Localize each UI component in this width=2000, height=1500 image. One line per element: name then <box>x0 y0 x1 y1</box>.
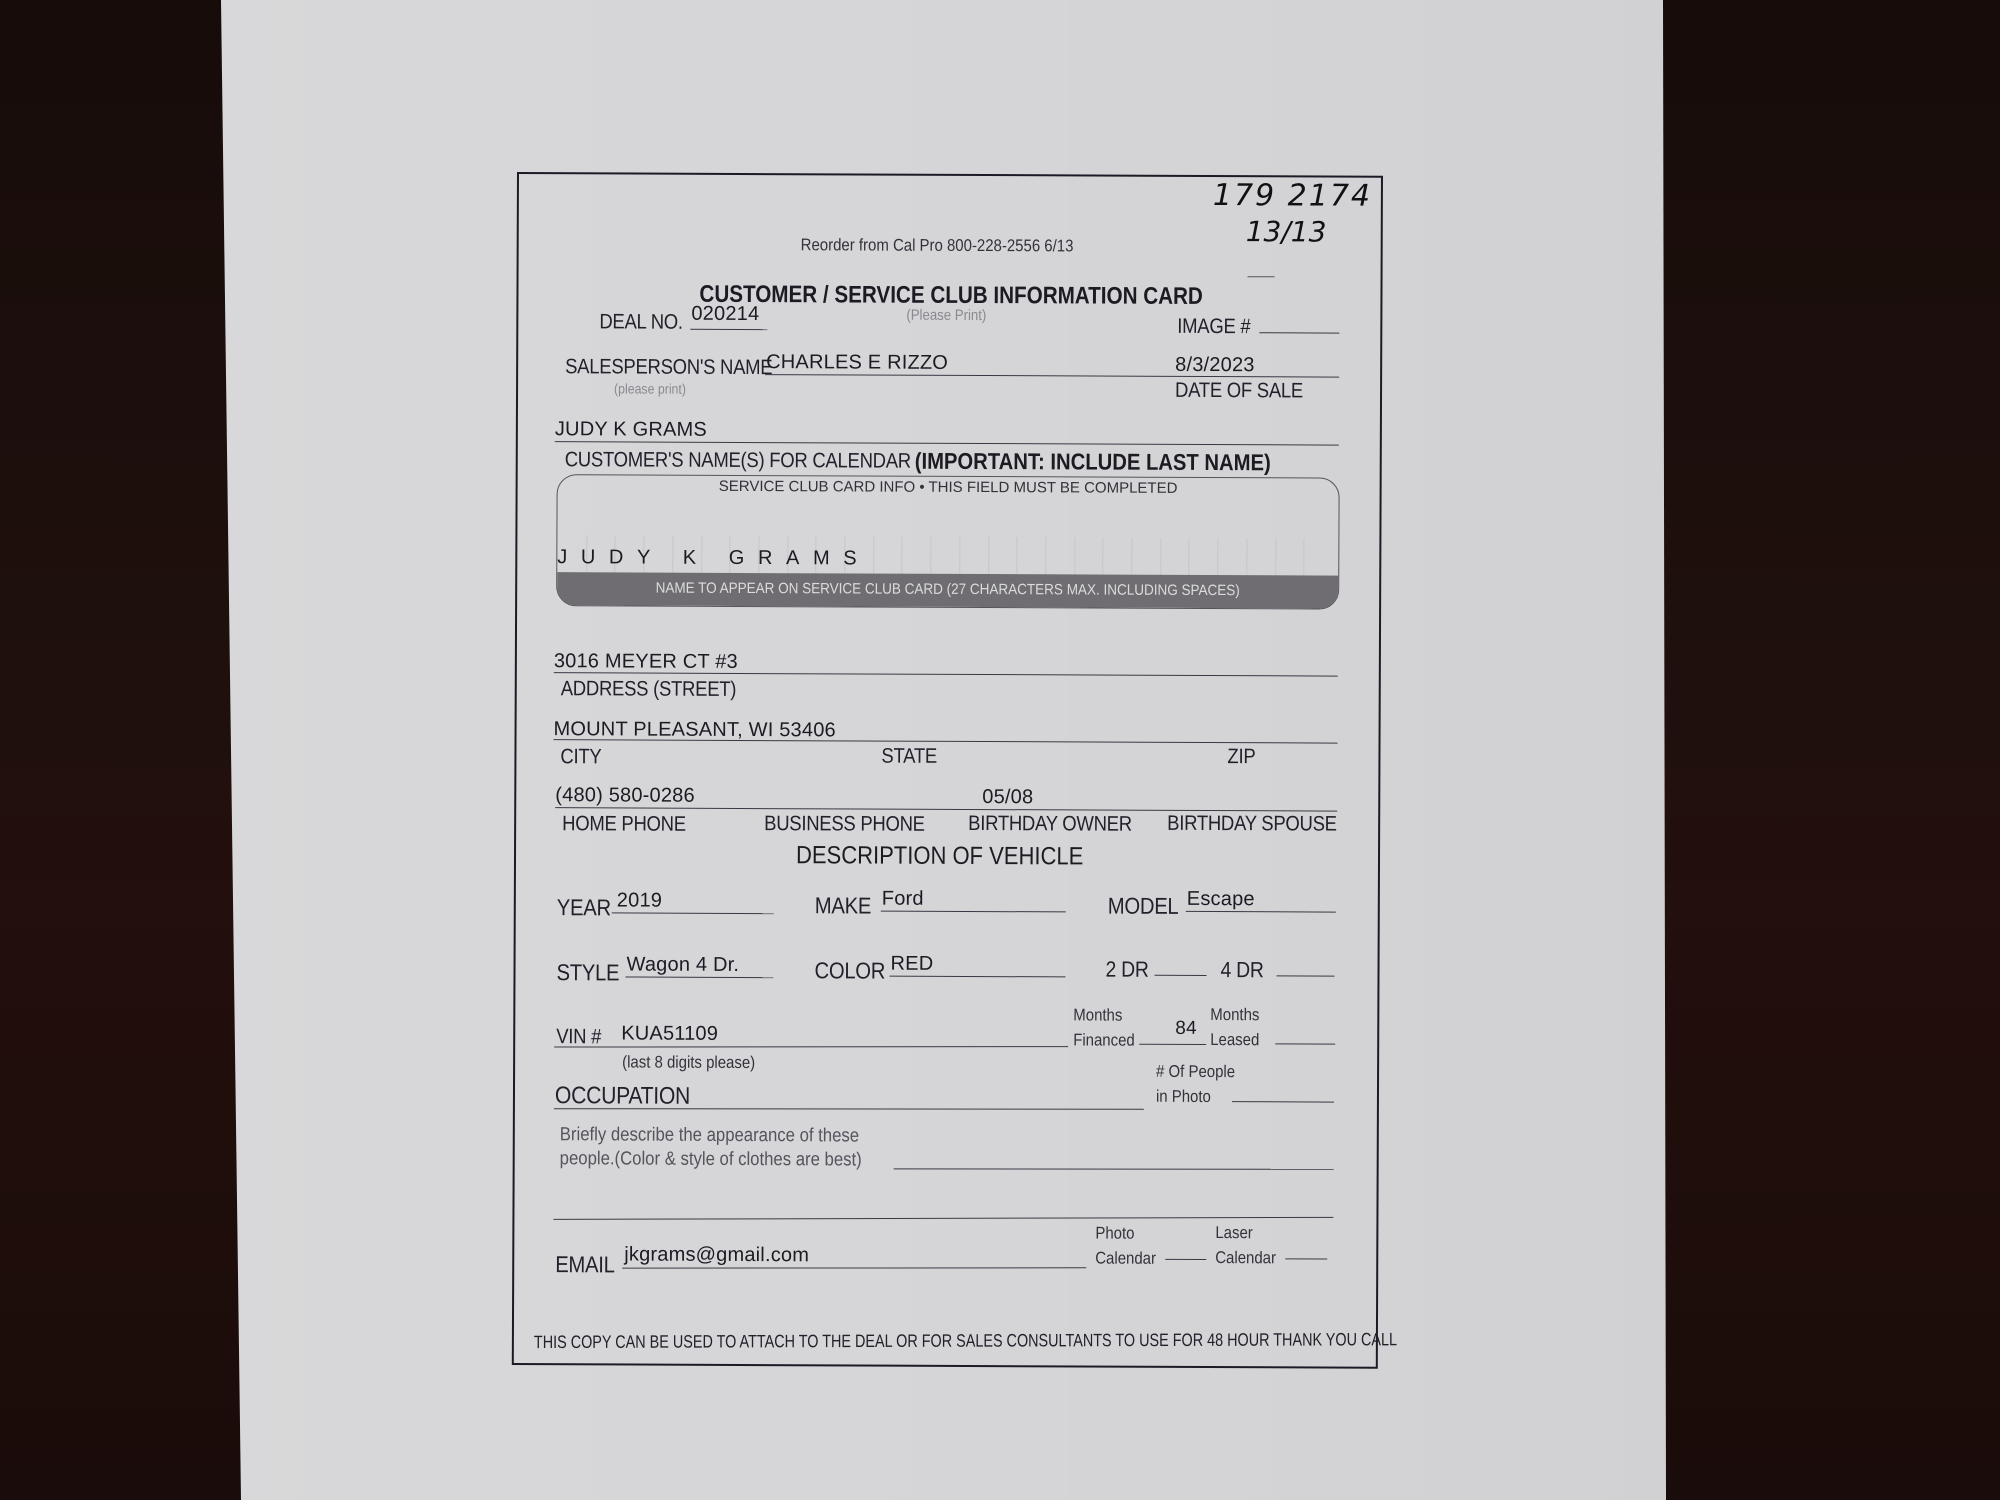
photo-calendar-label-top: Photo <box>1095 1224 1134 1244</box>
service-club-information-card: 179 2174 13/13 Reorder from Cal Pro 800-… <box>512 172 1383 1369</box>
two-door-label: 2 DR <box>1105 957 1148 983</box>
salesperson-label: SALESPERSON'S NAME <box>565 355 772 380</box>
service-club-card-box[interactable]: SERVICE CLUB CARD INFO • THIS FIELD MUST… <box>556 474 1340 609</box>
vin-value[interactable]: KUA51109 <box>621 1022 718 1045</box>
service-club-footer-band: NAME TO APPEAR ON SERVICE CLUB CARD (27 … <box>557 572 1338 608</box>
months-leased-label-bottom: Leased <box>1210 1030 1259 1050</box>
year-label: YEAR <box>557 894 611 921</box>
style-label: STYLE <box>556 959 619 986</box>
months-leased-label-top: Months <box>1210 1005 1259 1025</box>
city-label: CITY <box>560 745 601 769</box>
handwritten-note-fraction: 13/13 <box>1246 215 1327 248</box>
date-of-sale-value[interactable]: 8/3/2023 <box>1175 354 1255 377</box>
months-financed-label-top: Months <box>1073 1005 1122 1025</box>
model-value[interactable]: Escape <box>1187 888 1255 911</box>
vehicle-section-title: DESCRIPTION OF VEHICLE <box>796 841 1083 871</box>
salesperson-value[interactable]: CHARLES E RIZZO <box>766 351 948 375</box>
email-value[interactable]: jkgrams@gmail.com <box>624 1243 809 1267</box>
service-club-footer-text: NAME TO APPEAR ON SERVICE CLUB CARD (27 … <box>596 579 1299 599</box>
date-of-sale-label: DATE OF SALE <box>1175 379 1303 404</box>
form-footer: THIS COPY CAN BE USED TO ATTACH TO THE D… <box>534 1329 1397 1353</box>
email-label: EMAIL <box>555 1251 615 1278</box>
appearance-label-line1: Briefly describe the appearance of these <box>560 1124 859 1147</box>
appearance-label-line2: people.(Color & style of clothes are bes… <box>560 1148 862 1171</box>
vin-sublabel: (last 8 digits please) <box>622 1052 755 1073</box>
home-phone-label: HOME PHONE <box>562 812 686 837</box>
laser-calendar-field[interactable] <box>1285 1258 1327 1259</box>
birthday-spouse-label: BIRTHDAY SPOUSE <box>1167 812 1337 837</box>
make-value[interactable]: Ford <box>882 888 924 911</box>
model-label: MODEL <box>1108 893 1179 920</box>
style-value[interactable]: Wagon 4 Dr. <box>626 953 739 976</box>
laser-calendar-label-bottom: Calendar <box>1215 1248 1276 1268</box>
handwritten-dash <box>1248 276 1275 277</box>
handwritten-note-numbers: 179 2174 <box>1213 178 1372 214</box>
deal-no-value[interactable]: 020214 <box>691 303 759 326</box>
address-value[interactable]: 3016 MEYER CT #3 <box>554 650 738 674</box>
salesperson-sublabel: (please print) <box>614 380 686 396</box>
please-print-note: (Please Print) <box>906 307 986 324</box>
customer-name-label: CUSTOMER'S NAME(S) FOR CALENDAR <box>565 448 911 474</box>
birthday-owner-value[interactable]: 05/08 <box>982 786 1033 809</box>
birthday-owner-label: BIRTHDAY OWNER <box>968 812 1132 837</box>
make-label: MAKE <box>815 892 871 919</box>
service-club-header: SERVICE CLUB CARD INFO • THIS FIELD MUST… <box>558 477 1339 497</box>
customer-name-value[interactable]: JUDY K GRAMS <box>555 418 707 442</box>
color-label: COLOR <box>814 957 885 984</box>
photo-calendar-label-bottom: Calendar <box>1095 1249 1156 1269</box>
photo-calendar-field[interactable] <box>1165 1259 1206 1260</box>
four-door-label: 4 DR <box>1220 957 1263 983</box>
laser-calendar-label-top: Laser <box>1215 1223 1253 1243</box>
people-in-photo-label-top: # Of People <box>1156 1062 1235 1082</box>
service-club-card-name[interactable]: JUDY K GRAMS <box>557 546 870 570</box>
occupation-label: OCCUPATION <box>555 1082 690 1111</box>
deal-no-label: DEAL NO. <box>599 310 683 334</box>
address-label: ADDRESS (STREET) <box>561 677 737 702</box>
business-phone-label: BUSINESS PHONE <box>764 812 925 837</box>
months-financed-label-bottom: Financed <box>1073 1030 1135 1050</box>
year-value[interactable]: 2019 <box>617 889 662 912</box>
image-no-label: IMAGE # <box>1177 315 1250 339</box>
months-financed-value[interactable]: 84 <box>1175 1018 1197 1040</box>
reorder-info: Reorder from Cal Pro 800-228-2556 6/13 <box>801 235 1074 256</box>
home-phone-value[interactable]: (480) 580-0286 <box>555 784 695 808</box>
zip-label: ZIP <box>1227 745 1255 769</box>
important-include-last-name: (IMPORTANT: INCLUDE LAST NAME) <box>915 448 1271 477</box>
color-value[interactable]: RED <box>890 953 933 976</box>
state-label: STATE <box>881 745 937 769</box>
people-in-photo-label-bottom: in Photo <box>1156 1087 1211 1107</box>
